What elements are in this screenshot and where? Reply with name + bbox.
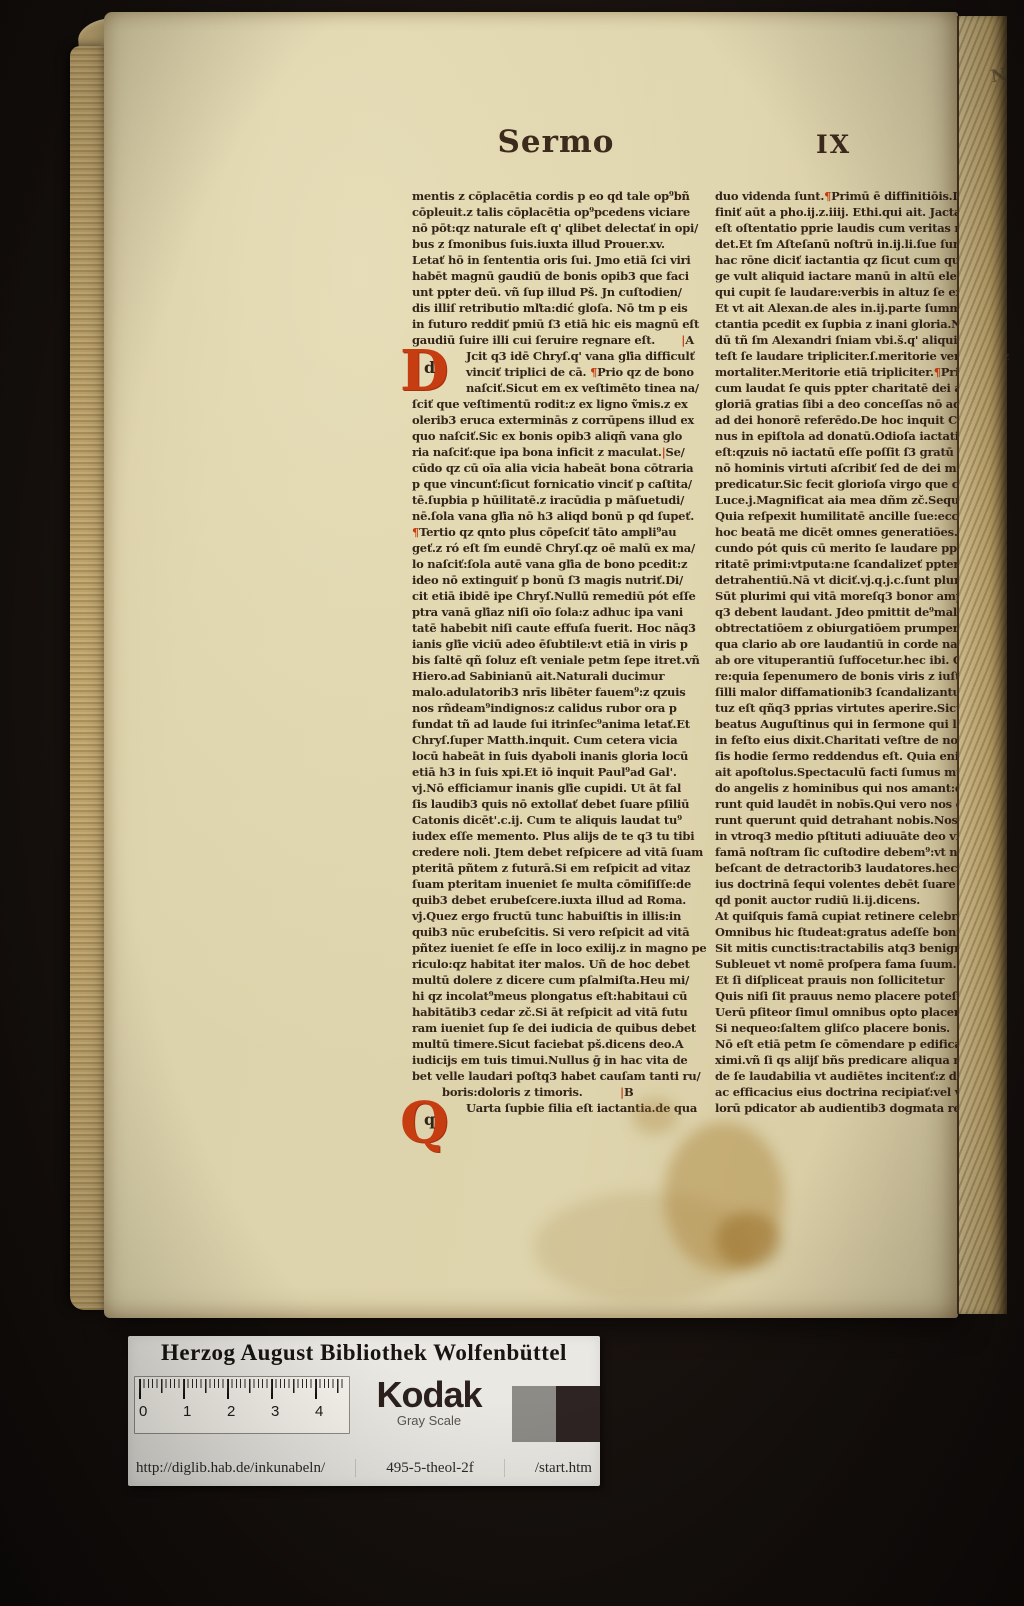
ruler-number: 2 bbox=[227, 1403, 235, 1420]
text-line: riculo:qz habitat iter malos. Uñ de hoc … bbox=[412, 956, 710, 972]
text-line: ianis gľie viciū adeo ēſubtile:vt etiā i… bbox=[412, 636, 710, 652]
text-line: vinciť triplici de cā. ¶Prio qz de bono bbox=[412, 364, 710, 380]
text-line: tatē habebit niſi caute effuſa fuerit. H… bbox=[412, 620, 710, 636]
text-line: ſis laudib3 quis nō extollať debet ſuare… bbox=[412, 796, 710, 812]
text-line: olerib3 eruca exterminās z corrūpens ill… bbox=[412, 412, 710, 428]
url-separator bbox=[504, 1459, 505, 1477]
base-url: http://diglib.hab.de/inkunabeln/ bbox=[136, 1460, 325, 1477]
text-line: Letať hō in ſententia oris ſui. Jmo etiā… bbox=[412, 252, 710, 268]
text-line: Catonis dicēt'.c.ij. Cum te aliquis laud… bbox=[412, 812, 710, 828]
text-line: multū timere.Sicut faciebat pš.dicens de… bbox=[412, 1036, 710, 1052]
text-line: nē.ſola vana gľia nō h3 aliqd bonū p qd … bbox=[412, 508, 710, 524]
url-separator bbox=[355, 1459, 356, 1477]
text-line: in futuro reddiť pmiū ſ3 etiā hic eis ma… bbox=[412, 316, 710, 332]
text-line: nos rñdeam⁹indignos:z calidus rubor ora … bbox=[412, 700, 710, 716]
text-line: Hiero.ad Sabinianū ait.Naturali ducimur bbox=[412, 668, 710, 684]
kodak-gray-scale-target: Kodak Gray Scale bbox=[356, 1376, 502, 1434]
ruler-number: 3 bbox=[271, 1403, 279, 1420]
text-line: Chryſ.ſuper Matth.inquit. Cum cetera vic… bbox=[412, 732, 710, 748]
kodak-logo: Kodak bbox=[356, 1376, 502, 1414]
text-line: credere noli. Jtem debet reſpicere ad vi… bbox=[412, 844, 710, 860]
text-line: vj.Nō efficiamur inanis gľie cupidi. Ut … bbox=[412, 780, 710, 796]
text-line: vj.Quez ergo fructū tunc habuiſtis in il… bbox=[412, 908, 710, 924]
text-line: geť.z ró eſt ſm eundē Chryſ.qz oē malū e… bbox=[412, 540, 710, 556]
text-line: lo naſciť:ſola autē vana gľia de bono pc… bbox=[412, 556, 710, 572]
text-line: malo.adulatorib3 nrīs libēter fauem⁹:z q… bbox=[412, 684, 710, 700]
text-line: cōpleuit.z talis cōplacētia op⁹pcedens v… bbox=[412, 204, 710, 220]
text-line: iudicijs em tuis timui.Nullus ḡ in hac v… bbox=[412, 1052, 710, 1068]
ruler-numbers: 01234 bbox=[139, 1403, 349, 1425]
text-line: p que vincunť:ſicut fornicatio vinciť p … bbox=[412, 476, 710, 492]
text-line: Jcit q3 idē Chryſ.q' vana gľia difficulť bbox=[412, 348, 710, 364]
incunabulum-page: Sermo IX mentis z cōplacētia cordis p eo… bbox=[104, 12, 958, 1318]
text-line: naſciť.Sicut em ex veſtimēto tinea na/ bbox=[412, 380, 710, 396]
ruler-number: 0 bbox=[139, 1403, 147, 1420]
text-line: mentis z cōplacētia cordis p eo qd tale … bbox=[412, 188, 710, 204]
text-line: unt ppter deū. vñ ſup illud Pš. Jn cuſto… bbox=[412, 284, 710, 300]
text-line: gaudiū ſuire illi cui ſeruire regnare eſ… bbox=[412, 332, 710, 348]
gray-scale-caption: Gray Scale bbox=[356, 1414, 502, 1428]
digitization-url-row: http://diglib.hab.de/inkunabeln/ 495-5-t… bbox=[128, 1456, 600, 1480]
text-line: cūdo qz cū oīa alia vicia habeāt bona cō… bbox=[412, 460, 710, 476]
start-page-path: /start.htm bbox=[535, 1460, 592, 1477]
text-line: ſuam pteritam inueniet ſe multa cōmiſiſſ… bbox=[412, 876, 710, 892]
text-line: hi qz incolat⁹meus plongatus eſt:habitau… bbox=[412, 988, 710, 1004]
ruler-number: 4 bbox=[315, 1403, 323, 1420]
text-line: etiā h3 in ſuis xpi.Et iō inquit Paul⁹ad… bbox=[412, 764, 710, 780]
ruler-number: 1 bbox=[183, 1403, 191, 1420]
text-line: bis ſaltē qñ ſoluz eſt veniale petm ſepe… bbox=[412, 652, 710, 668]
ruler-tick-marks bbox=[139, 1379, 345, 1399]
text-line: quib3 nūc erubeſcitis. Si vero reſpicit … bbox=[412, 924, 710, 940]
pencil-mark: N bbox=[989, 65, 1008, 87]
text-column-left: mentis z cōplacētia cordis p eo qd tale … bbox=[412, 188, 710, 1116]
photograph-frame: Sermo IX mentis z cōplacētia cordis p eo… bbox=[0, 0, 1024, 1606]
text-line: tē.ſupbia p hūilitatē.z iracūdia p māſue… bbox=[412, 492, 710, 508]
text-line: cit etiā ibidē ipe Chryſ.Nullū remediū p… bbox=[412, 588, 710, 604]
text-line: ptra vanā gľiaz niſi oīo ſola:z adhuc ip… bbox=[412, 604, 710, 620]
text-line: habitātib3 cedar zč.Si āt reſpicit ad vi… bbox=[412, 1004, 710, 1020]
shelfmark: 495-5-theol-2f bbox=[386, 1460, 473, 1477]
text-line: Uarta ſupbie filia eſt iactantia.de qua bbox=[412, 1100, 710, 1116]
text-line: ideo nō extinguiť p bonū ſ3 magis nutriť… bbox=[412, 572, 710, 588]
text-line: dis illiſ retributio mľta:dić gloſa. Nō … bbox=[412, 300, 710, 316]
text-line: locū habeāt in ſuis dyaboli inanis glori… bbox=[412, 748, 710, 764]
parchment-stain bbox=[664, 1122, 784, 1272]
text-line: ram iueniet ſup ſe dei iudicia de quibus… bbox=[412, 1020, 710, 1036]
gray-scale-patch-dark bbox=[556, 1386, 600, 1442]
text-line: ¶Tertio qz qnto plus cōpeſciť tāto ampli… bbox=[412, 524, 710, 540]
library-label-card: Herzog August Bibliothek Wolfenbüttel 01… bbox=[128, 1336, 600, 1486]
text-line: nō pōt:qz naturale eſt q' qlibet delecta… bbox=[412, 220, 710, 236]
text-line: fundat tñ ad laude ſui itrinſec⁹anima le… bbox=[412, 716, 710, 732]
text-line: habēt magnū gaudiū de bonis opib3 que fa… bbox=[412, 268, 710, 284]
parchment-stain bbox=[716, 1212, 780, 1268]
text-line: bet velle laudari poſtq3 habet cauſam ta… bbox=[412, 1068, 710, 1084]
centimeter-ruler: 01234 bbox=[134, 1376, 350, 1434]
page-number: IX bbox=[816, 130, 851, 159]
text-line: ria naſciť:que ipa bona inficit z macula… bbox=[412, 444, 710, 460]
book-fore-edge bbox=[957, 16, 1007, 1314]
gray-scale-patch-mid bbox=[512, 1386, 556, 1442]
running-title: Sermo bbox=[476, 124, 636, 160]
text-line: quo naſciť.Sic ex bonis opib3 aliqñ vana… bbox=[412, 428, 710, 444]
text-line: quib3 debet erubeſcere.iuxta illud ad Ro… bbox=[412, 892, 710, 908]
parchment-stain bbox=[534, 1192, 754, 1302]
text-line: multū dolere z dicere cum pſalmiſta.Heu … bbox=[412, 972, 710, 988]
text-line: ſciť que veſtimentū rodit:z ex ligno ṽmi… bbox=[412, 396, 710, 412]
book-spine-page-edges bbox=[70, 46, 108, 1310]
library-name: Herzog August Bibliothek Wolfenbüttel bbox=[128, 1340, 600, 1366]
text-line: boris:doloris z timoris. |B bbox=[412, 1084, 710, 1100]
text-line: pteritā pñtem z futurā.Si em reſpicit ad… bbox=[412, 860, 710, 876]
text-line: bus z ſmonibus ſuis.iuxta illud Prouer.x… bbox=[412, 236, 710, 252]
text-line: iudex eſſe memento. Plus alijs de te q3 … bbox=[412, 828, 710, 844]
text-line: pñtez iueniet ſe eſſe in loco exilij.z i… bbox=[412, 940, 710, 956]
